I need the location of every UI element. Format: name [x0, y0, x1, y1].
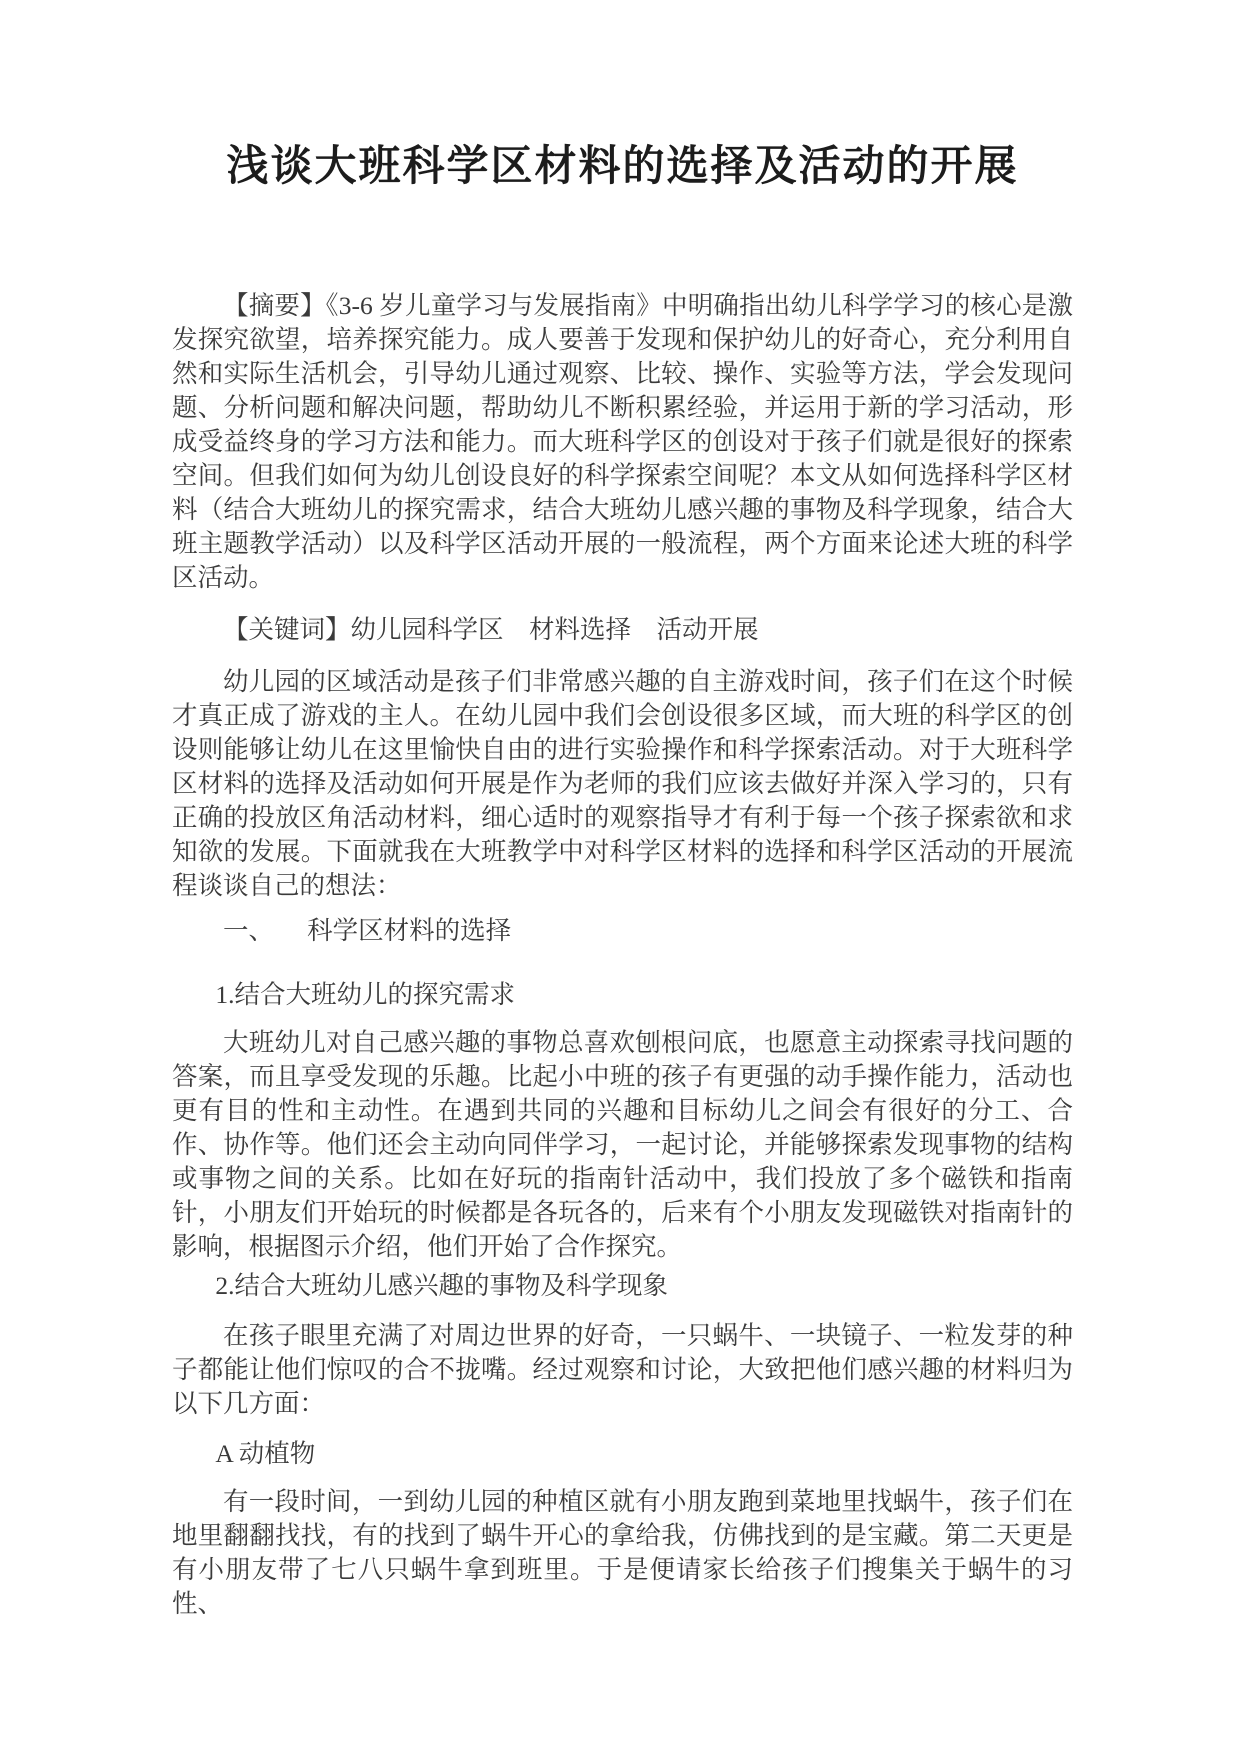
body-paragraph-3: 有一段时间，一到幼儿园的种植区就有小朋友跑到菜地里找蜗牛，孩子们在地里翻翻找找，… — [172, 1485, 1073, 1621]
section-1-heading: 一、科学区材料的选择 — [172, 914, 1073, 948]
body-paragraph-2: 在孩子眼里充满了对周边世界的好奇，一只蜗牛、一块镜子、一粒发芽的种子都能让他们惊… — [172, 1319, 1073, 1421]
doc-title: 浅谈大班科学区材料的选择及活动的开展 — [172, 140, 1073, 195]
keywords-line: 【关键词】幼儿园科学区 材料选择 活动开展 — [172, 613, 1073, 647]
subheading-2: 2.结合大班幼儿感兴趣的事物及科学现象 — [172, 1269, 1073, 1303]
subheading-animals: A 动植物 — [172, 1437, 1073, 1471]
subheading-1: 1.结合大班幼儿的探究需求 — [172, 978, 1073, 1012]
intro-paragraph: 幼儿园的区域活动是孩子们非常感兴趣的自主游戏时间，孩子们在这个时候才真正成了游戏… — [172, 665, 1073, 903]
section-1-number: 一、 — [223, 916, 274, 945]
section-1-title: 科学区材料的选择 — [307, 916, 511, 945]
body-paragraph-1: 大班幼儿对自己感兴趣的事物总喜欢刨根问底，也愿意主动探索寻找问题的答案，而且享受… — [172, 1026, 1073, 1264]
document-page: 浅谈大班科学区材料的选择及活动的开展 【摘要】《3-6 岁儿童学习与发展指南》中… — [0, 0, 1241, 1754]
abstract-paragraph: 【摘要】《3-6 岁儿童学习与发展指南》中明确指出幼儿科学学习的核心是激发探究欲… — [172, 289, 1073, 595]
